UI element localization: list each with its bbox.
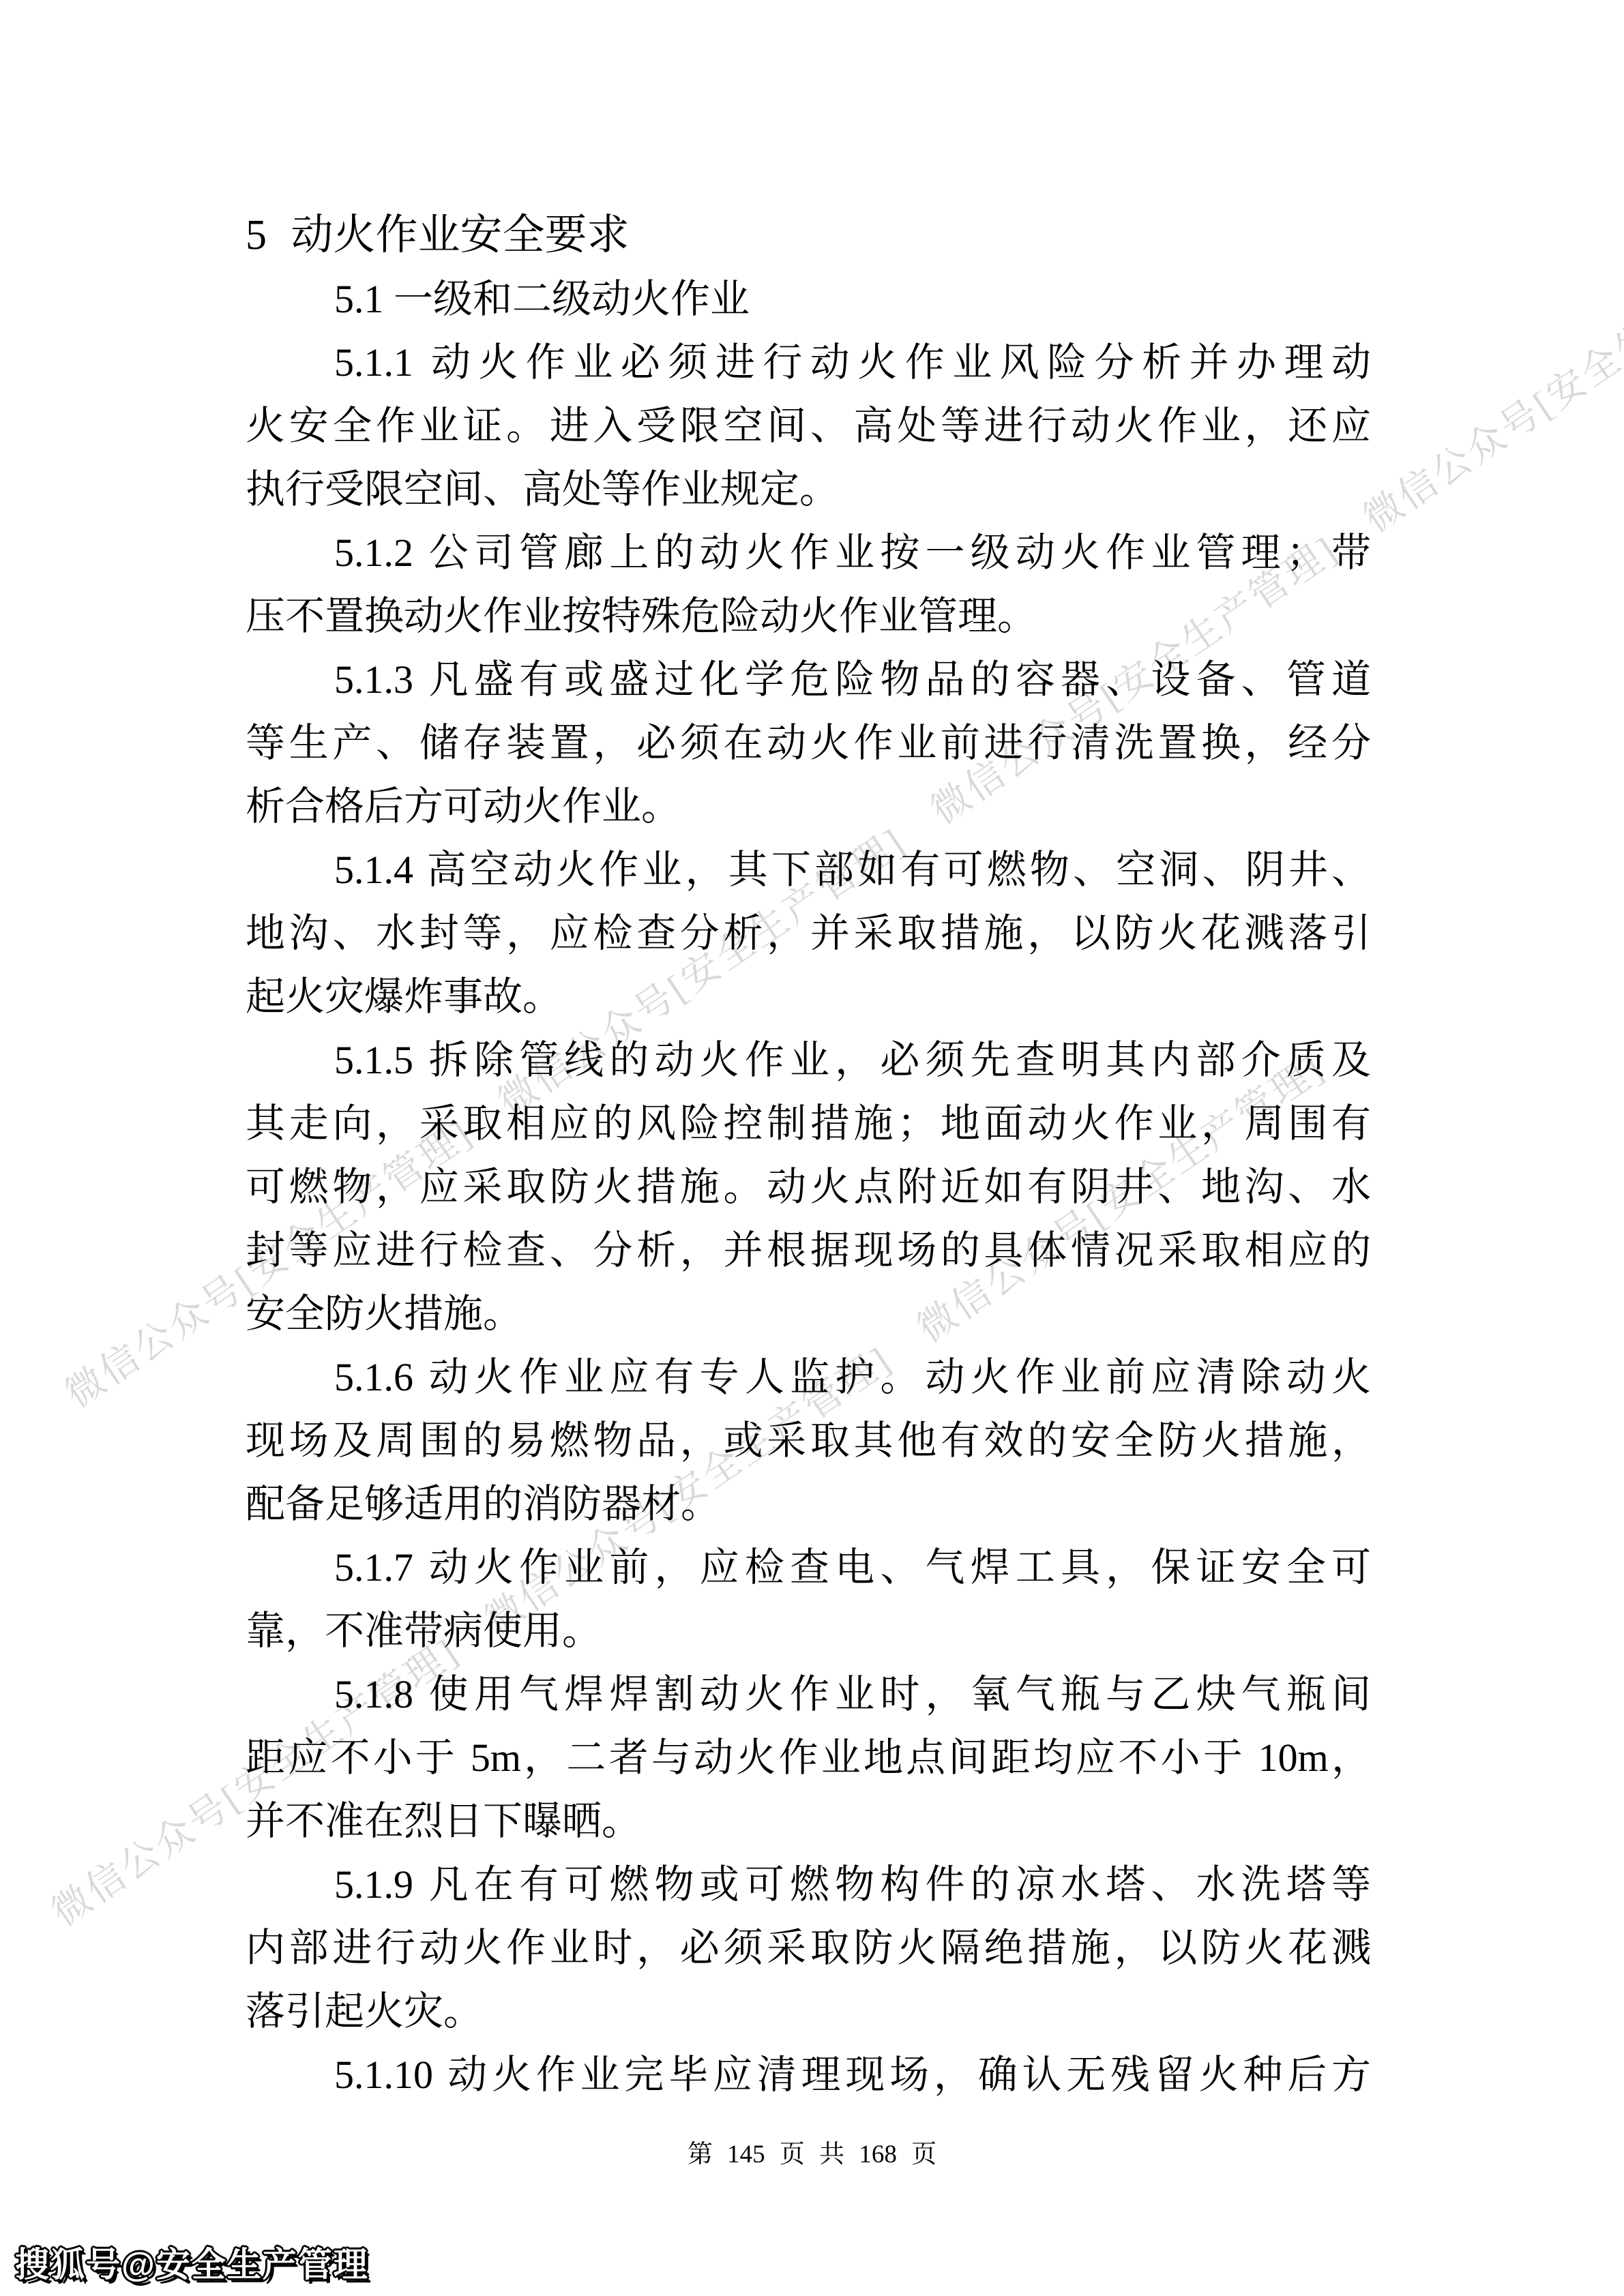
text-line: 等生产、储存装置，必须在动火作业前进行清洗置换，经分 — [246, 711, 1371, 775]
text-line: 5.1.3 凡盛有或盛过化学危险物品的容器、设备、管道 — [246, 648, 1371, 711]
text-line: 5.1.5 拆除管线的动火作业，必须先查明其内部介质及 — [246, 1028, 1371, 1092]
text-line: 其走向，采取相应的风险控制措施；地面动火作业，周围有 — [246, 1092, 1371, 1155]
text-line: 地沟、水封等，应检查分析，并采取措施，以防火花溅落引 — [246, 901, 1371, 965]
document-page: 微信公众号[安全生产管理] 微信公众号[安全生产管理] 微信公众号[安全生产管理… — [0, 0, 1624, 2296]
text-line: 5.1.1 动火作业必须进行动火作业风险分析并办理动 — [246, 331, 1371, 394]
text-line: 可燃物，应采取防火措施。动火点附近如有阴井、地沟、水 — [246, 1155, 1371, 1219]
text-line: 安全防火措施。 — [246, 1282, 1371, 1345]
text-line: 5.1.8 使用气焊焊割动火作业时，氧气瓶与乙炔气瓶间 — [246, 1663, 1371, 1726]
page-number: 第 145 页 共 168 页 — [0, 2133, 1624, 2170]
text-line: 靠，不准带病使用。 — [246, 1599, 1371, 1663]
document-body: 5 动火作业安全要求5.1 一级和二级动火作业5.1.1 动火作业必须进行动火作… — [246, 204, 1371, 2106]
sohu-watermark: 搜狐号@安全生产管理 — [15, 2237, 369, 2286]
text-line: 5.1.6 动火作业应有专人监护。动火作业前应清除动火 — [246, 1345, 1371, 1409]
text-line: 内部进行动火作业时，必须采取防火隔绝措施，以防火花溅 — [246, 1916, 1371, 1980]
text-line: 配备足够适用的消防器材。 — [246, 1472, 1371, 1536]
text-line: 火安全作业证。进入受限空间、高处等进行动火作业，还应 — [246, 394, 1371, 458]
text-line: 析合格后方可动火作业。 — [246, 775, 1371, 838]
text-line: 并不准在烈日下曝晒。 — [246, 1789, 1371, 1853]
text-line: 起火灾爆炸事故。 — [246, 965, 1371, 1028]
text-line: 5.1.10 动火作业完毕应清理现场，确认无残留火种后方 — [246, 2043, 1371, 2106]
text-line: 封等应进行检查、分析，并根据现场的具体情况采取相应的 — [246, 1219, 1371, 1282]
text-line: 执行受限空间、高处等作业规定。 — [246, 458, 1371, 521]
text-line: 5.1.4 高空动火作业，其下部如有可燃物、空洞、阴井、 — [246, 838, 1371, 901]
text-line: 5.1.9 凡在有可燃物或可燃物构件的凉水塔、水洗塔等 — [246, 1853, 1371, 1916]
text-line: 5.1.7 动火作业前，应检查电、气焊工具，保证安全可 — [246, 1536, 1371, 1599]
text-line: 压不置换动火作业按特殊危险动火作业管理。 — [246, 584, 1371, 648]
section-title-line: 5 动火作业安全要求 — [246, 204, 1371, 267]
text-line: 5.1 一级和二级动火作业 — [246, 267, 1371, 331]
text-line: 落引起火灾。 — [246, 1980, 1371, 2043]
text-line: 5.1.2 公司管廊上的动火作业按一级动火作业管理；带 — [246, 521, 1371, 584]
text-line: 现场及周围的易燃物品，或采取其他有效的安全防火措施， — [246, 1409, 1371, 1472]
text-line: 距应不小于 5m，二者与动火作业地点间距均应不小于 10m， — [246, 1726, 1371, 1789]
